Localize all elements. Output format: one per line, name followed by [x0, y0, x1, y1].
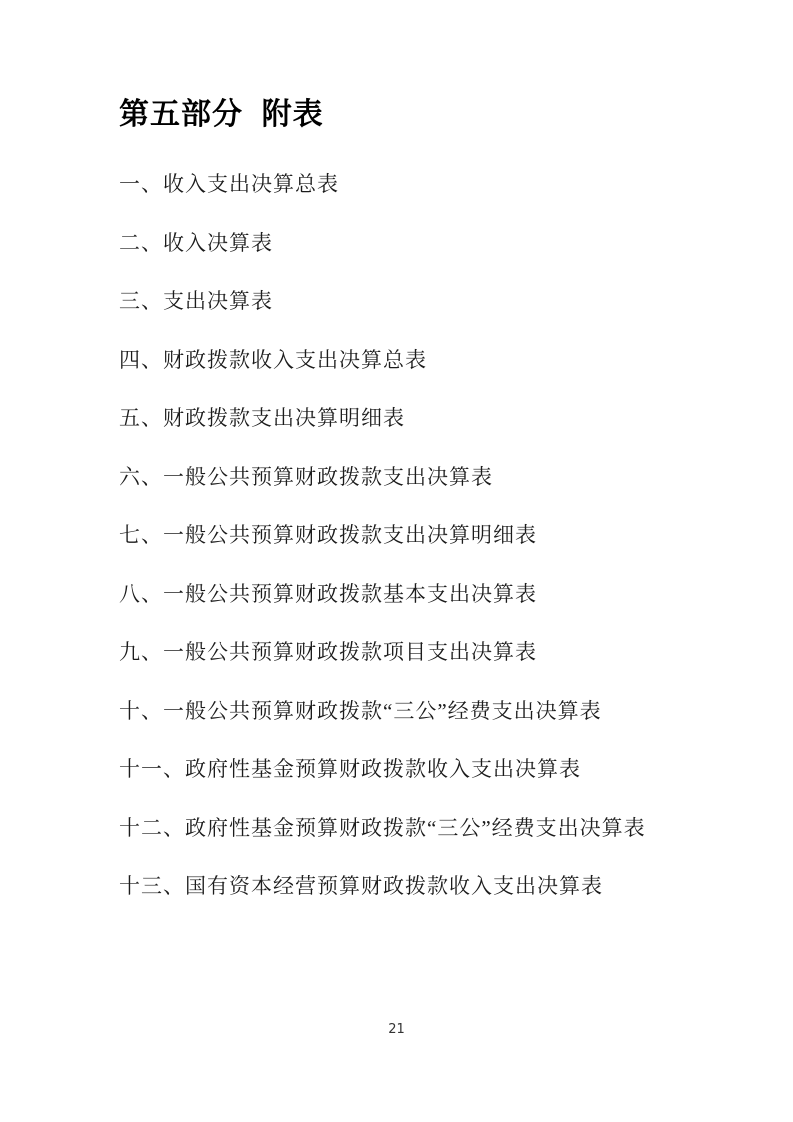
page-number: 21 [388, 1022, 405, 1037]
list-item: 四、财政拨款收入支出决算总表 [119, 348, 739, 372]
list-item: 二、收入决算表 [119, 231, 739, 255]
list-item: 九、一般公共预算财政拨款项目支出决算表 [119, 640, 739, 664]
page-footer: 21 [0, 1020, 793, 1038]
list-item: 十二、政府性基金预算财政拨款“三公”经费支出决算表 [119, 816, 739, 840]
list-item: 八、一般公共预算财政拨款基本支出决算表 [119, 582, 739, 606]
list-item: 一、收入支出决算总表 [119, 172, 739, 196]
list-item: 十、一般公共预算财政拨款“三公”经费支出决算表 [119, 699, 739, 723]
list-item: 五、财政拨款支出决算明细表 [119, 406, 739, 430]
list-item: 十一、政府性基金预算财政拨款收入支出决算表 [119, 757, 739, 781]
list-item: 十三、国有资本经营预算财政拨款收入支出决算表 [119, 874, 739, 898]
list-item: 六、一般公共预算财政拨款支出决算表 [119, 465, 739, 489]
document-page: 第五部分 附表 一、收入支出决算总表 二、收入决算表 三、支出决算表 四、财政拨… [0, 0, 793, 1122]
section-title: 第五部分 附表 [119, 96, 324, 134]
list-item: 三、支出决算表 [119, 289, 739, 313]
list-item: 七、一般公共预算财政拨款支出决算明细表 [119, 523, 739, 547]
appendix-table-list: 一、收入支出决算总表 二、收入决算表 三、支出决算表 四、财政拨款收入支出决算总… [119, 172, 739, 933]
